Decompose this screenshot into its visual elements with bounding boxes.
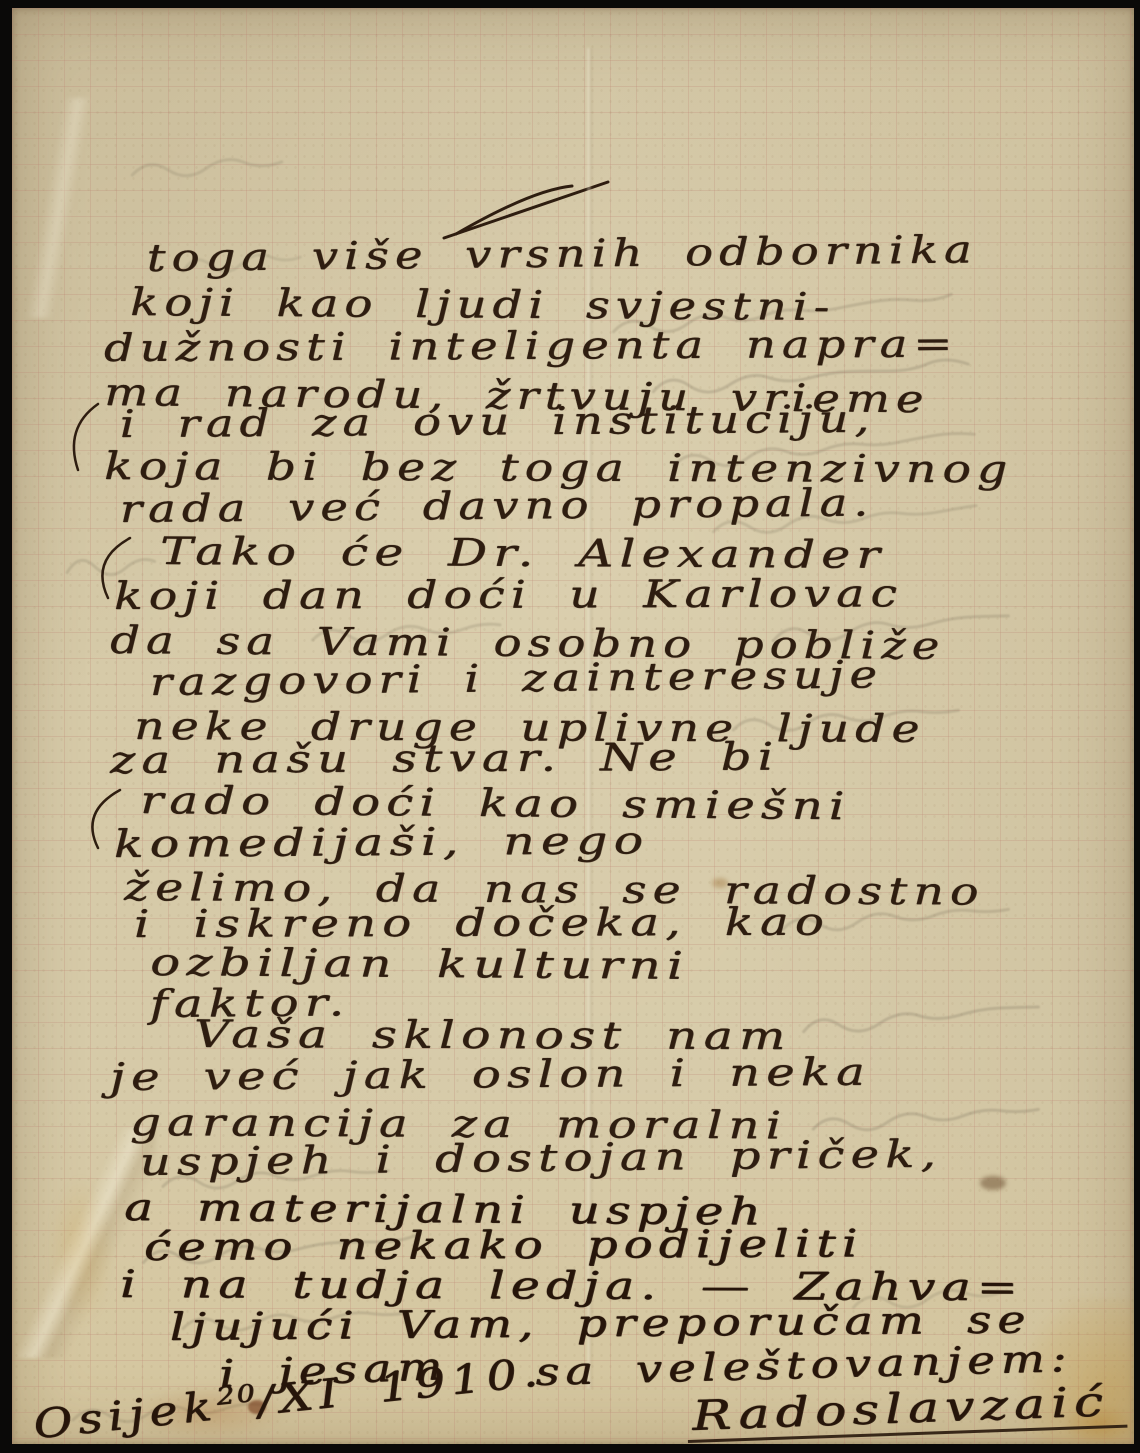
letter-line: koji kao ljudi svjestni- <box>130 280 835 329</box>
photo-background: toga više vrsnih odbornika koji kao ljud… <box>0 0 1140 1453</box>
letter-line: razgovori i zainteresuje <box>150 652 884 704</box>
dateline-day: 20 <box>215 1379 258 1411</box>
letter-line: uspjeh i dostojan priček, <box>140 1132 943 1184</box>
letter-paper: toga više vrsnih odbornika koji kao ljud… <box>12 8 1134 1444</box>
letter-line: je već jak oslon i neka <box>110 1050 871 1099</box>
letter-line: i iskreno dočeka, kao <box>134 900 830 946</box>
letter-line: dužnosti inteligenta napra= <box>104 322 959 370</box>
dateline-month: /XI <box>255 1370 345 1425</box>
letter-line: za našu stvar. Ne bi <box>110 734 780 782</box>
letter-line: komedijaši, nego <box>114 818 650 866</box>
letter-line: koji dan doći u Karlovac <box>114 571 903 618</box>
letter-line: toga više vrsnih odbornika <box>147 227 978 280</box>
letter-line: rada već davno propala. <box>120 480 875 531</box>
letter-line: i rad za ovu instituciju, <box>120 397 876 446</box>
letter-line: Tako će Dr. Alexander <box>160 529 886 577</box>
